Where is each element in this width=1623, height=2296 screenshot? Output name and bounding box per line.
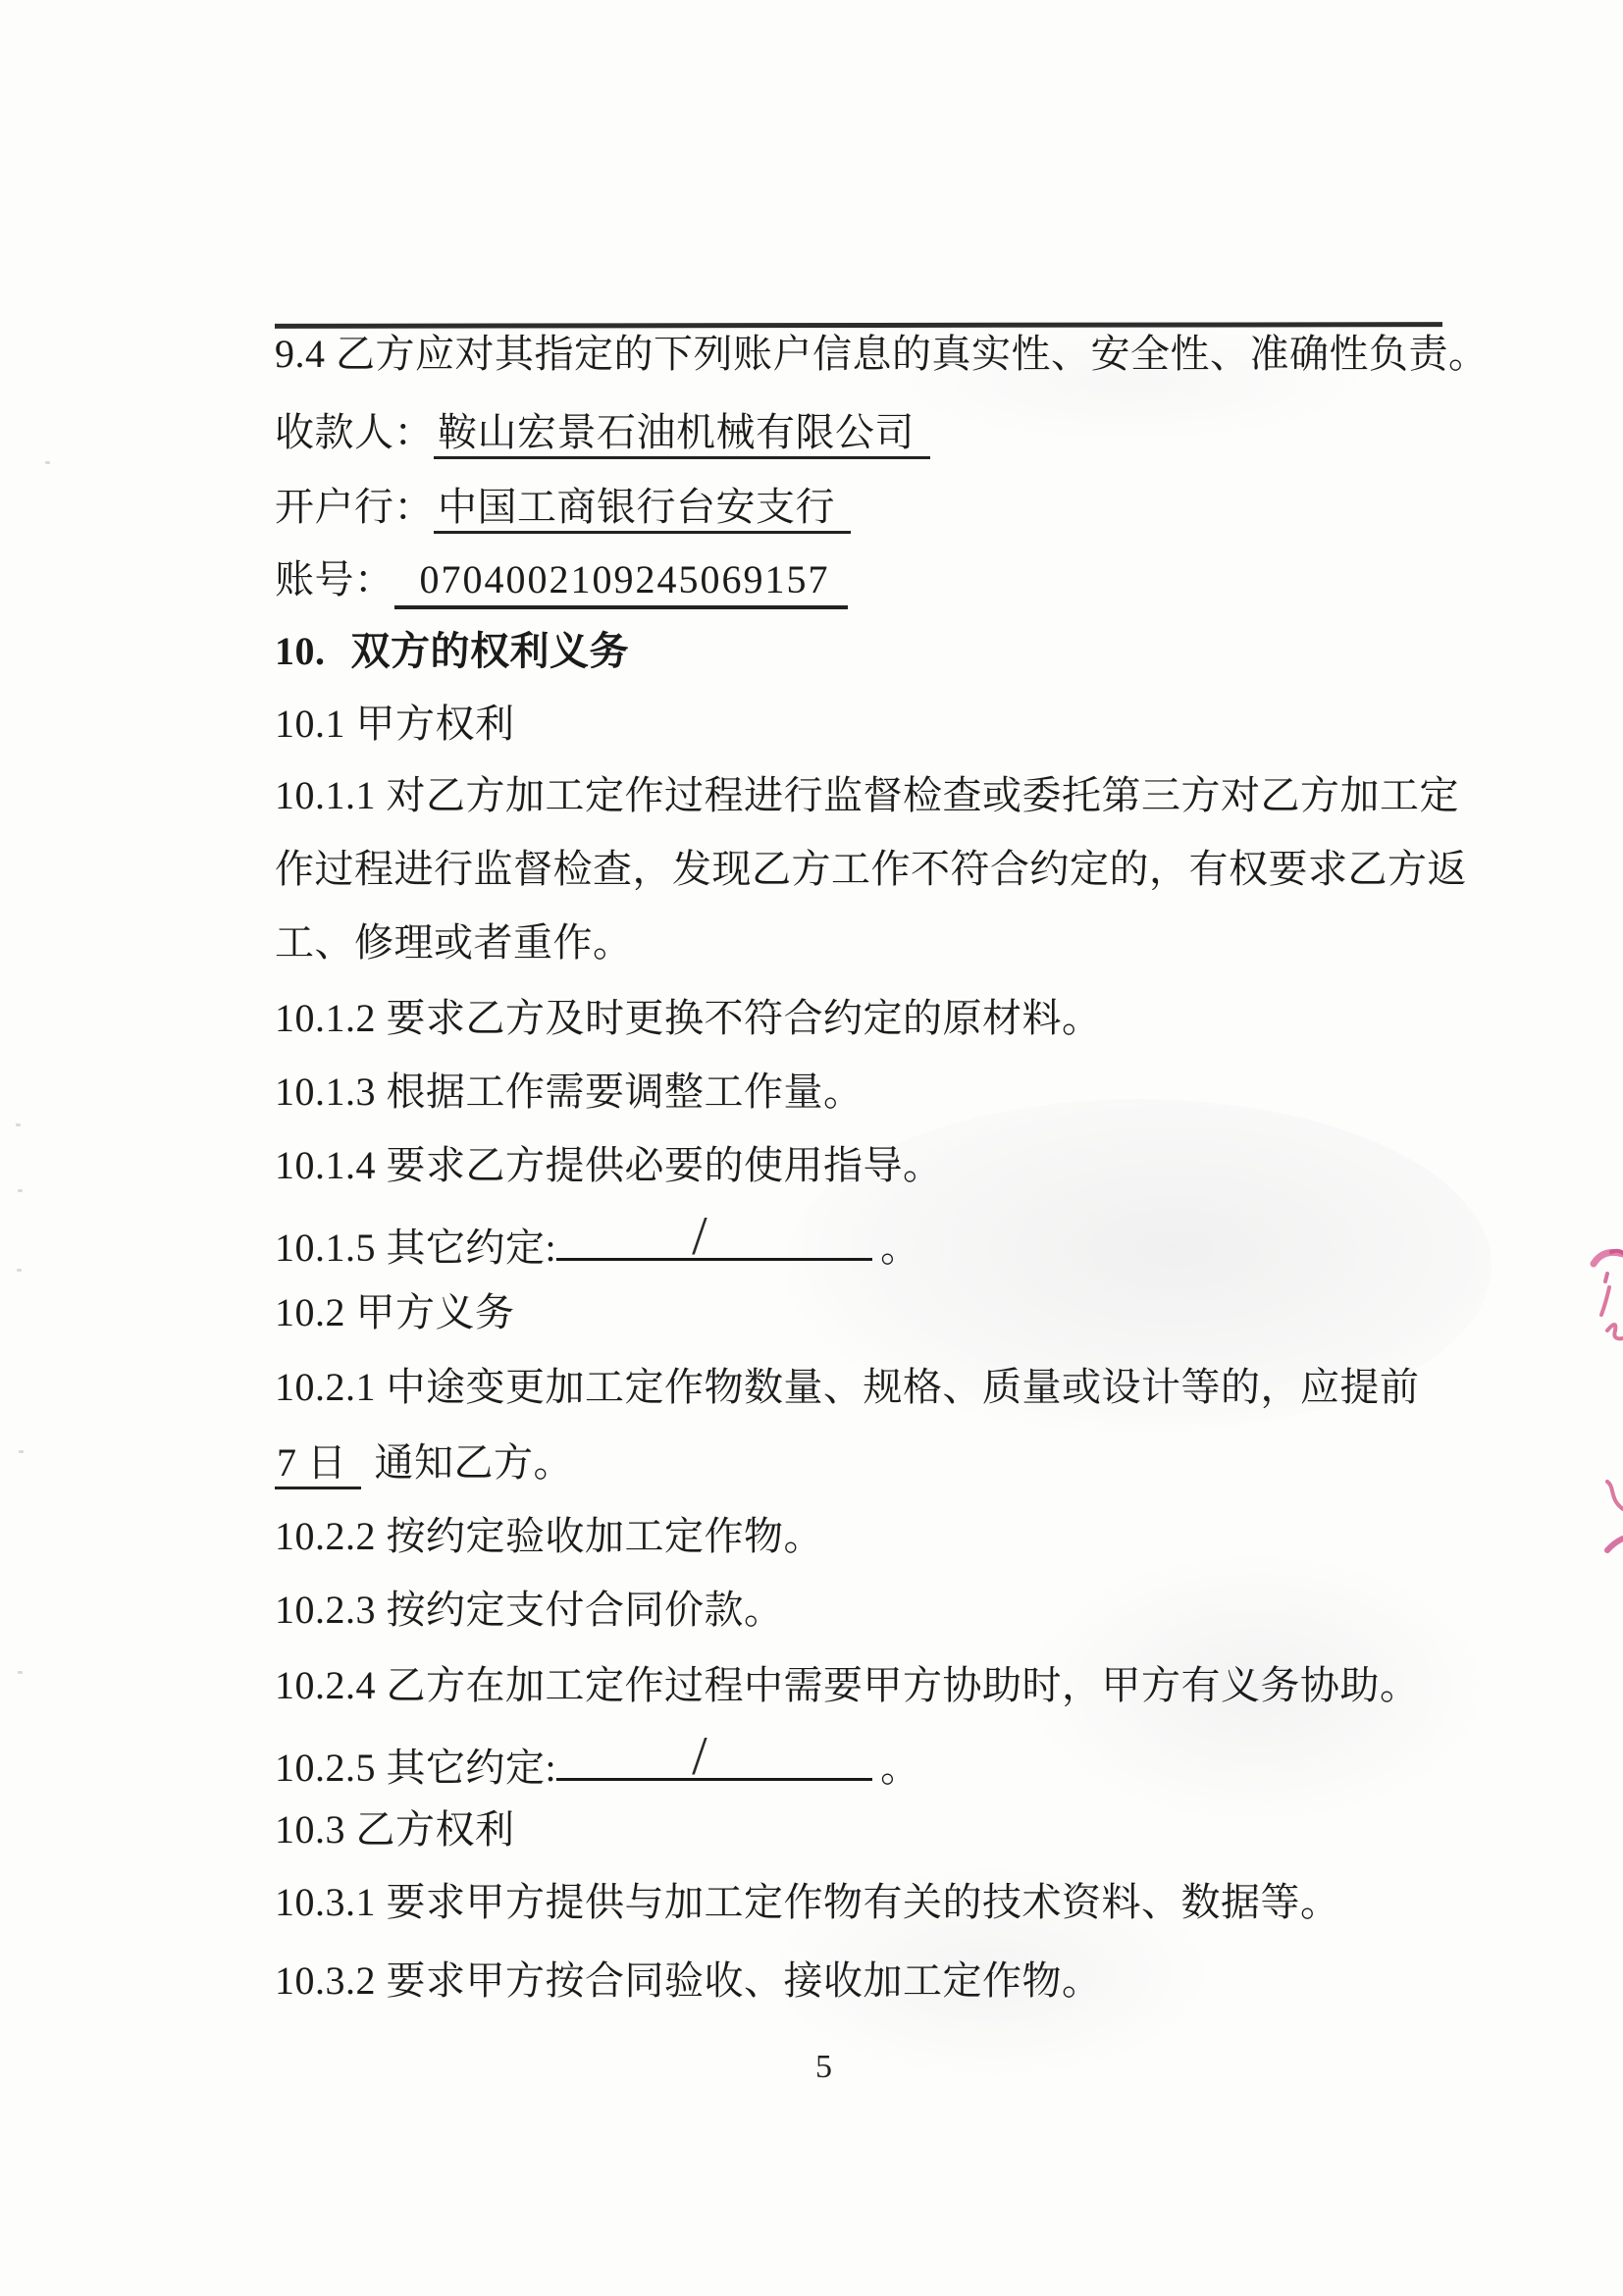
blank-fill-line: / — [556, 1213, 872, 1261]
payee-value: 鞍山宏景石油机械有限公司 — [434, 410, 930, 459]
account-number: 0704002109245069157 — [394, 557, 848, 609]
clause-10-2-5-label: 10.2.5 其它约定: — [275, 1746, 556, 1790]
clause-10-2-4: 10.2.4 乙方在加工定作过程中需要甲方协助时，甲方有义务协助。 — [275, 1659, 1420, 1712]
clause-10-2-2: 10.2.2 按约定验收加工定作物。 — [275, 1510, 823, 1563]
clause-10-1-5-period: 。 — [880, 1226, 920, 1270]
clause-10-2-1-l2: 7 日通知乙方。 — [275, 1436, 573, 1489]
scan-speck — [16, 1123, 21, 1126]
clause-10-2-5-period: 。 — [880, 1746, 920, 1790]
slash-none-mark: / — [692, 1729, 707, 1784]
clause-10-3: 10.3 乙方权利 — [275, 1803, 515, 1856]
account-label: 账号： — [275, 557, 394, 601]
clause-10-1-1-l3: 工、修理或者重作。 — [275, 916, 633, 969]
clause-10-1-2: 10.1.2 要求乙方及时更换不符合约定的原材料。 — [275, 992, 1102, 1045]
clause-10-3-2: 10.3.2 要求甲方按合同验收、接收加工定作物。 — [275, 1955, 1102, 2008]
blank-fill-line: / — [556, 1733, 872, 1781]
section-10-number: 10. — [275, 629, 326, 673]
payee-row: 收款人：鞍山宏景石油机械有限公司 — [275, 406, 930, 459]
clause-10-1-1-l2: 作过程进行监督检查，发现乙方工作不符合约定的，有权要求乙方返 — [275, 843, 1467, 896]
scan-speck — [18, 1189, 23, 1192]
clause-10-2-3: 10.2.3 按约定支付合同价款。 — [275, 1584, 784, 1637]
account-row: 账号：0704002109245069157 — [275, 553, 848, 606]
page-number: 5 — [0, 2049, 1623, 2086]
payee-label: 收款人： — [275, 410, 434, 454]
scan-speck — [17, 1269, 22, 1272]
clause-10-1-1-l1: 10.1.1 对乙方加工定作过程进行监督检查或委托第三方对乙方加工定 — [275, 769, 1459, 822]
clause-9-4: 9.4 乙方应对其指定的下列账户信息的真实性、安全性、准确性负责。 — [275, 328, 1489, 381]
clause-10-2-1-l1: 10.2.1 中途变更加工定作物数量、规格、质量或设计等的，应提前 — [275, 1361, 1420, 1414]
pink-handwriting-mark-lower — [1582, 1472, 1623, 1574]
clause-10-1-4: 10.1.4 要求乙方提供必要的使用指导。 — [275, 1139, 943, 1192]
clause-10-1-5-label: 10.1.5 其它约定: — [275, 1226, 556, 1270]
scan-speck — [45, 461, 50, 464]
clause-10-1-5: 10.1.5 其它约定:/。 — [275, 1213, 920, 1275]
notice-days-value: 7 日 — [275, 1440, 361, 1489]
clause-10-2-1-l2-text: 通知乙方。 — [375, 1440, 574, 1485]
bank-label: 开户行： — [275, 485, 434, 529]
bank-value: 中国工商银行台安支行 — [434, 485, 851, 534]
section-10-heading: 10.双方的权利义务 — [275, 625, 629, 678]
clause-10-2: 10.2 甲方义务 — [275, 1286, 515, 1339]
pink-handwriting-mark-upper — [1582, 1240, 1623, 1350]
clause-10-1-3: 10.1.3 根据工作需要调整工作量。 — [275, 1066, 864, 1119]
scan-speck — [19, 1450, 24, 1453]
clause-10-1: 10.1 甲方权利 — [275, 698, 515, 751]
clause-10-3-1: 10.3.1 要求甲方提供与加工定作物有关的技术资料、数据等。 — [275, 1876, 1340, 1929]
section-10-title: 双方的权利义务 — [351, 629, 630, 673]
scan-speck — [18, 1671, 23, 1674]
scanned-contract-page: 9.4 乙方应对其指定的下列账户信息的真实性、安全性、准确性负责。 收款人：鞍山… — [0, 0, 1623, 2296]
clause-10-2-5: 10.2.5 其它约定:/。 — [275, 1733, 920, 1795]
bank-row: 开户行：中国工商银行台安支行 — [275, 481, 851, 534]
slash-none-mark: / — [692, 1209, 707, 1264]
